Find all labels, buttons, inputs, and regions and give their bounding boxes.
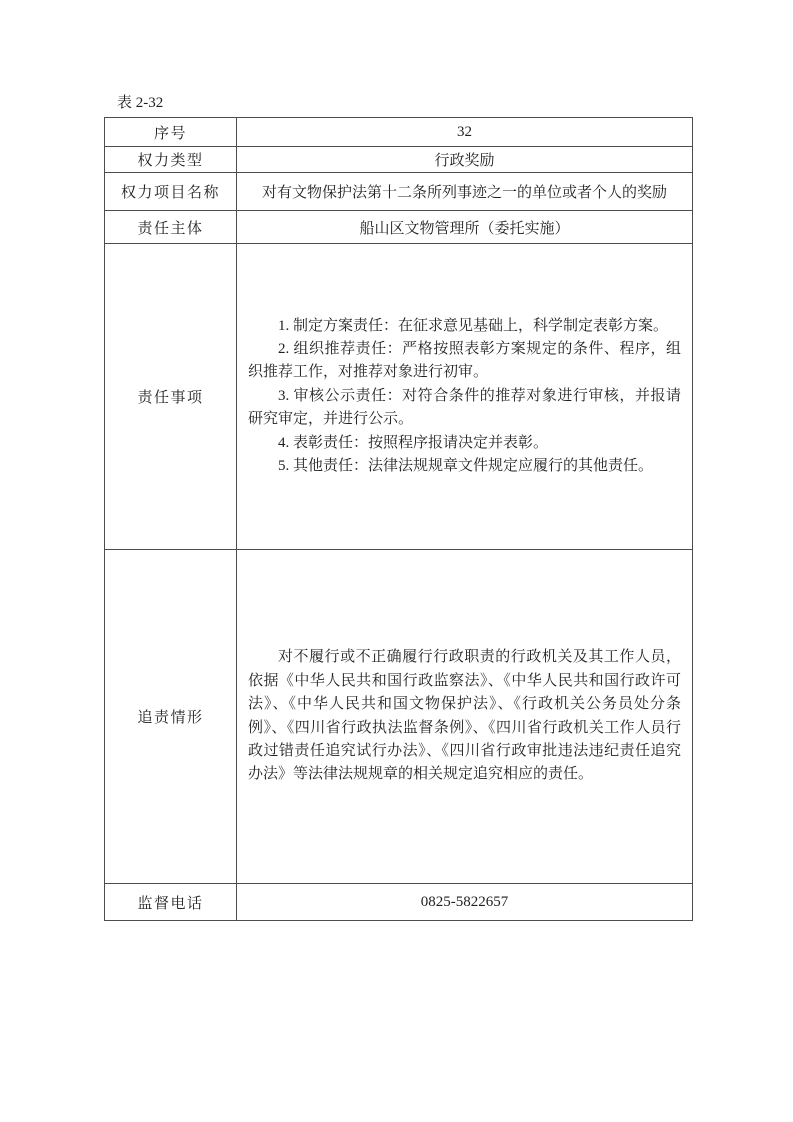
responsibility-items-list: 1. 制定方案责任：在征求意见基础上，科学制定表彰方案。 2. 组织推荐责任：严… [248,315,681,479]
row-value-power-type: 行政奖励 [237,147,693,173]
row-value-accountability-circumstances: 对不履行或不正确履行行政职责的行政机关及其工作人员，依据《中华人民共和国行政监察… [237,550,693,884]
table-row-responsible-entity: 责任主体 船山区文物管理所（委托实施） [105,211,693,244]
accountability-paragraph-block: 对不履行或不正确履行行政职责的行政机关及其工作人员，依据《中华人民共和国行政监察… [248,646,681,786]
table-row-serial-number: 序号 32 [105,118,693,147]
table-row-responsibility-items: 责任事项 1. 制定方案责任：在征求意见基础上，科学制定表彰方案。 2. 组织推… [105,244,693,550]
responsibility-item-1: 1. 制定方案责任：在征求意见基础上，科学制定表彰方案。 [248,315,681,338]
accountability-paragraph: 对不履行或不正确履行行政职责的行政机关及其工作人员，依据《中华人民共和国行政监察… [248,646,681,786]
row-value-power-item-name: 对有文物保护法第十二条所列事迹之一的单位或者个人的奖励 [237,173,693,211]
responsibility-item-5: 5. 其他责任：法律法规规章文件规定应履行的其他责任。 [248,455,681,478]
row-label-serial-number: 序号 [105,118,237,147]
responsibility-item-4: 4. 表彰责任：按照程序报请决定并表彰。 [248,432,681,455]
row-label-supervision-phone: 监督电话 [105,884,237,921]
responsibility-item-3: 3. 审核公示责任：对符合条件的推荐对象进行审核，并报请研究审定，并进行公示。 [248,385,681,432]
table-caption: 表 2-32 [117,95,163,112]
row-value-responsibility-items: 1. 制定方案责任：在征求意见基础上，科学制定表彰方案。 2. 组织推荐责任：严… [237,244,693,550]
table-row-accountability-circumstances: 追责情形 对不履行或不正确履行行政职责的行政机关及其工作人员，依据《中华人民共和… [105,550,693,884]
table-row-power-item-name: 权力项目名称 对有文物保护法第十二条所列事迹之一的单位或者个人的奖励 [105,173,693,211]
row-value-supervision-phone: 0825-5822657 [237,884,693,921]
power-duty-table: 序号 32 权力类型 行政奖励 权力项目名称 对有文物保护法第十二条所列事迹之一… [104,117,693,921]
row-value-responsible-entity: 船山区文物管理所（委托实施） [237,211,693,244]
row-label-responsibility-items: 责任事项 [105,244,237,550]
document-page: 表 2-32 序号 32 权力类型 行政奖励 权力项目名称 对有文物保护法第十二… [0,0,793,1122]
row-label-accountability-circumstances: 追责情形 [105,550,237,884]
row-label-power-type: 权力类型 [105,147,237,173]
row-label-power-item-name: 权力项目名称 [105,173,237,211]
responsibility-item-2: 2. 组织推荐责任：严格按照表彰方案规定的条件、程序，组织推荐工作，对推荐对象进… [248,338,681,385]
row-label-responsible-entity: 责任主体 [105,211,237,244]
row-value-serial-number: 32 [237,118,693,147]
table-row-supervision-phone: 监督电话 0825-5822657 [105,884,693,921]
table-row-power-type: 权力类型 行政奖励 [105,147,693,173]
